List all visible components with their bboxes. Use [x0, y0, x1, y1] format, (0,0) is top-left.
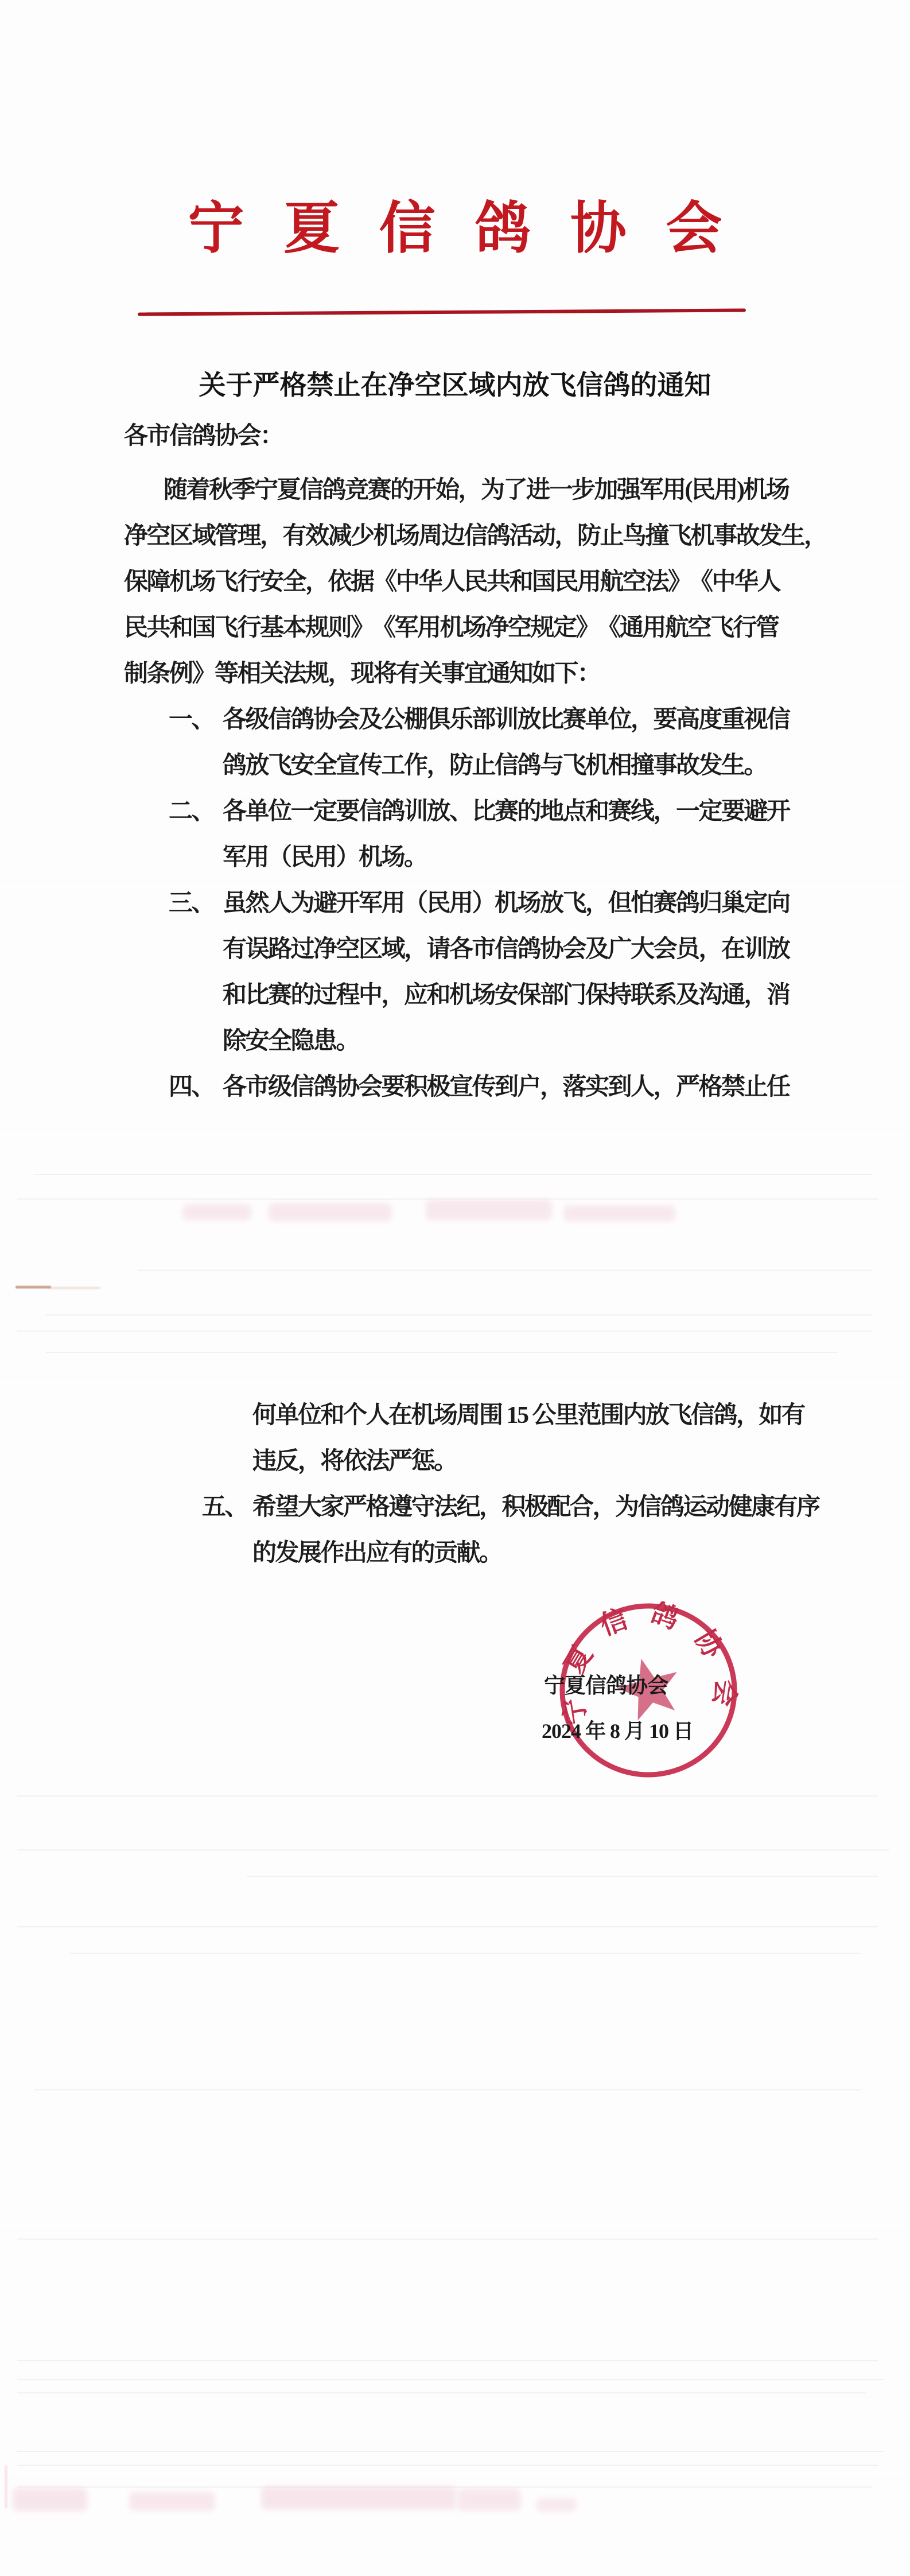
body-line: 净空区域管理，有效减少机场周边信鸽活动，防止鸟撞飞机事故发生，	[124, 522, 827, 550]
body-line: 除安全隐患。	[223, 1027, 359, 1055]
scan-streak	[17, 1330, 872, 1332]
body-line: 保障机场飞行安全，依据《中华人民共和国民用航空法》 《中华人	[124, 568, 780, 596]
scan-streak	[17, 2360, 878, 2361]
stamp-arc-text: 宁夏信鸽协会	[558, 1601, 741, 1727]
scan-streak	[17, 2379, 884, 2380]
scan-streak	[17, 1795, 878, 1797]
letterhead-org-title: 宁夏信鸽协会	[0, 201, 910, 257]
ghost-bleedthrough	[261, 2486, 456, 2509]
body-line: 随着秋季宁夏信鸽竞赛的开始，为了进一步加强军用(民用)机场	[164, 476, 788, 504]
body-line: 制条例》等相关法规，现将有关事宜通知如下：	[124, 660, 600, 688]
ghost-bleedthrough	[563, 1205, 675, 1221]
scan-streak	[17, 2239, 878, 2240]
list-item-number: 四、	[169, 1073, 223, 1101]
scan-streak	[34, 2089, 861, 2090]
scan-streak	[69, 1953, 861, 1954]
list-item-5: 五、希望大家严格遵守法纪，积极配合，为信鸽运动健康有序	[202, 1493, 819, 1521]
list-item-number: 一、	[169, 706, 223, 734]
signature-date: 2024 年 8 月 10 日	[542, 1715, 693, 1744]
list-item-3: 三、虽然人为避开军用（民用）机场放飞，但怕赛鸽归巢定向	[169, 890, 790, 917]
list-item-4: 四、各市级信鸽协会要积极宣传到户，落实到人，严格禁止任	[169, 1073, 790, 1101]
list-item-number: 五、	[202, 1493, 252, 1521]
ghost-bleedthrough	[269, 1203, 392, 1221]
notice-title: 关于严格禁止在净空区域内放飞信鸽的通知	[0, 372, 910, 400]
body-line: 鸽放飞安全宣传工作，防止信鸽与飞机相撞事故发生。	[223, 752, 767, 779]
body-line: 违反，将依法严惩。	[252, 1448, 457, 1475]
body-line: 有误路过净空区域，请各市信鸽协会及广大会员，在训放	[223, 936, 790, 963]
list-item-number: 三、	[169, 890, 223, 917]
body-line: 民共和国飞行基本规则》 《军用机场净空规定》 《通用航空飞行管	[124, 614, 779, 642]
ghost-bleedthrough	[458, 2489, 521, 2511]
scan-streak	[17, 1926, 878, 1927]
body-line: 何单位和个人在机场周围 15 公里范围内放飞信鸽，如有	[252, 1402, 804, 1429]
body-line: 和比赛的过程中，应和机场安保部门保持联系及沟通，消	[223, 981, 790, 1009]
scan-smudge	[5, 2465, 7, 2508]
scan-streak	[46, 1314, 872, 1316]
scan-streak	[17, 1849, 889, 1850]
list-item-text: 各单位一定要信鸽训放、比赛的地点和赛线，一定要避开	[223, 798, 790, 825]
scan-streak	[17, 2392, 866, 2393]
scan-streak	[17, 1198, 878, 1200]
svg-text:宁夏信鸽协会: 宁夏信鸽协会	[558, 1601, 741, 1727]
salutation: 各市信鸽协会：	[124, 422, 283, 450]
list-item-number: 二、	[169, 798, 223, 825]
scan-streak	[17, 2451, 884, 2452]
letterhead-red-rule	[138, 308, 746, 316]
signature-org: 宁夏信鸽协会	[544, 1668, 668, 1699]
scan-streak	[138, 1270, 872, 1271]
scan-streak	[247, 1876, 878, 1877]
scan-streak	[17, 2465, 878, 2466]
scan-smudge	[49, 1287, 100, 1289]
ghost-bleedthrough	[426, 1200, 552, 1220]
list-item-text: 各市级信鸽协会要积极宣传到户，落实到人，严格禁止任	[223, 1074, 790, 1100]
ghost-bleedthrough	[13, 2488, 87, 2511]
scanned-notice-page: 宁夏信鸽协会 关于严格禁止在净空区域内放飞信鸽的通知 各市信鸽协会： 随着秋季宁…	[0, 0, 910, 2576]
scan-smudge	[15, 1286, 51, 1289]
body-line: 的发展作出应有的贡献。	[252, 1539, 502, 1567]
body-line: 军用（民用）机场。	[223, 844, 427, 871]
list-item-text: 虽然人为避开军用（民用）机场放飞，但怕赛鸽归巢定向	[223, 890, 790, 917]
list-item-text: 希望大家严格遵守法纪，积极配合，为信鸽运动健康有序	[252, 1494, 819, 1520]
scan-streak	[34, 1174, 872, 1175]
scan-streak	[46, 1352, 838, 1353]
ghost-bleedthrough	[182, 1204, 251, 1220]
list-item-2: 二、各单位一定要信鸽训放、比赛的地点和赛线，一定要避开	[169, 798, 790, 825]
list-item-1: 一、各级信鸽协会及公棚俱乐部训放比赛单位，要高度重视信	[169, 706, 790, 734]
ghost-bleedthrough	[536, 2498, 577, 2512]
list-item-text: 各级信鸽协会及公棚俱乐部训放比赛单位，要高度重视信	[223, 707, 790, 733]
ghost-bleedthrough	[129, 2492, 215, 2511]
